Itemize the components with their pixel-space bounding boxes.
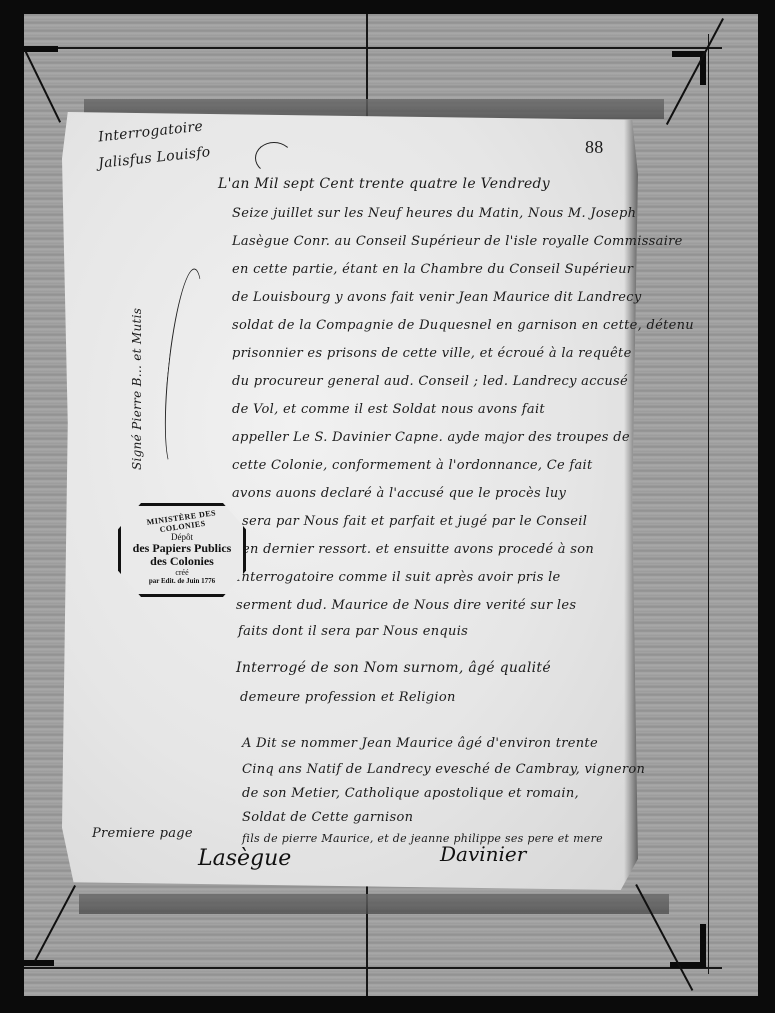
body-line: en dernier ressort. et ensuitte avons pr… — [242, 542, 594, 557]
vertical-margin-note: Signé Pierre B... et Mutis — [130, 308, 144, 470]
board-horizontal-line-top — [24, 47, 722, 49]
archive-stamp: MINISTÈRE DES COLONIES Dépôt des Papiers… — [118, 503, 246, 597]
body-line: Soldat de Cette garnison — [242, 810, 413, 825]
body-line: de son Metier, Catholique apostolique et… — [242, 786, 579, 801]
body-line: de Louisbourg y avons fait venir Jean Ma… — [232, 290, 641, 305]
body-line: Interrogé de son Nom surnom, âgé qualité — [236, 660, 551, 676]
body-line: en cette partie, étant en la Chambre du … — [232, 262, 633, 277]
page-shadow-bottom — [79, 894, 669, 914]
body-line: Cinq ans Natif de Landrecy evesché de Ca… — [242, 762, 645, 777]
body-line: du procureur general aud. Conseil ; led.… — [232, 374, 628, 389]
board-horizontal-line-bottom — [24, 967, 722, 969]
stamp-colonies: des Colonies — [124, 555, 240, 568]
footer-left-note: Premiere page — [92, 826, 193, 841]
corner-mark-bottom-right-vertical — [700, 924, 706, 968]
body-line: Interrogatoire comme il suit après avoir… — [236, 570, 561, 585]
body-line: A Dit se nommer Jean Maurice âgé d'envir… — [242, 736, 598, 751]
corner-mark-bottom-left — [24, 960, 54, 966]
body-line: de Vol, et comme il est Soldat nous avon… — [232, 402, 545, 417]
diagonal-line-top-right — [666, 18, 724, 125]
body-line: demeure profession et Religion — [240, 690, 456, 705]
diagonal-line-top-left — [24, 50, 61, 123]
body-line: avons auons declaré à l'accusé que le pr… — [232, 486, 566, 501]
signature-left: Lasègue — [198, 846, 291, 871]
body-line: faits dont il sera par Nous enquis — [238, 624, 468, 639]
signature-right: Davinier — [440, 842, 526, 866]
board-vertical-line-right — [708, 34, 709, 974]
body-line: fils de pierre Maurice, et de jeanne phi… — [242, 832, 603, 845]
page-number: 88 — [585, 137, 604, 158]
diagonal-line-bottom-left — [34, 885, 76, 962]
stamp-edit-date: par Edit. de Juin 1776 — [124, 577, 240, 585]
body-line: appeller Le S. Davinier Capne. ayde majo… — [232, 430, 630, 445]
body-line: prisonnier es prisons de cette ville, et… — [232, 346, 632, 361]
initial-L-flourish — [255, 142, 293, 174]
body-line: L'an Mil sept Cent trente quatre le Vend… — [218, 176, 550, 192]
body-line: soldat de la Compagnie de Duquesnel en g… — [232, 318, 694, 333]
body-line: serment dud. Maurice de Nous dire verité… — [236, 598, 576, 613]
corner-mark-top-left — [24, 46, 58, 52]
body-line: Lasègue Conr. au Conseil Supérieur de l'… — [232, 234, 683, 249]
body-line: sera par Nous fait et parfait et jugé pa… — [242, 514, 587, 529]
body-line: Seize juillet sur les Neuf heures du Mat… — [232, 206, 636, 221]
stamp-cree: créé — [124, 568, 240, 577]
body-line: cette Colonie, conformement à l'ordonnan… — [232, 458, 593, 473]
